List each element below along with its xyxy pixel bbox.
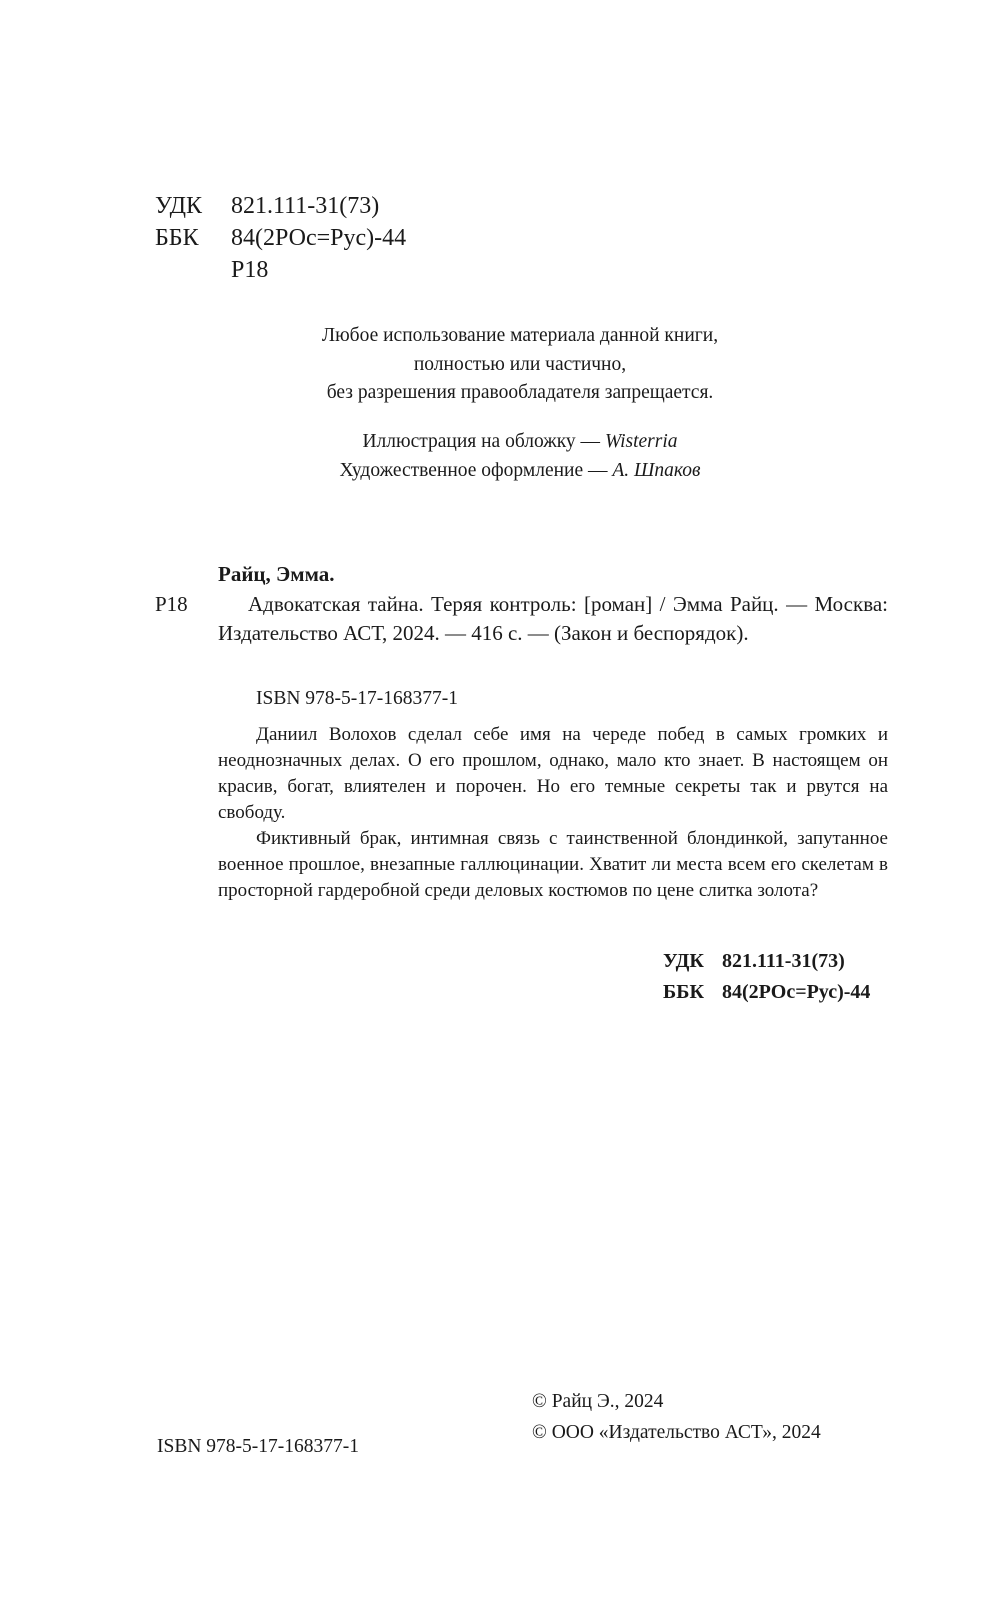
bbk-label: ББК bbox=[155, 222, 231, 254]
copyright-publisher: © ООО «Издательство АСТ», 2024 bbox=[532, 1417, 821, 1448]
udk-value: 821.111-31(73) bbox=[231, 190, 379, 222]
isbn-record: ISBN 978-5-17-168377-1 bbox=[256, 688, 458, 710]
design-credit: Художественное оформление — А. Шпаков bbox=[230, 456, 810, 485]
author-heading: Райц, Эмма. bbox=[218, 560, 888, 590]
classification-codes-bottom: УДК 821.111-31(73) ББК 84(2РОс=Рус)-44 bbox=[663, 946, 870, 1008]
cover-credit: Иллюстрация на обложку — Wisterria bbox=[230, 427, 810, 456]
design-artist: А. Шпаков bbox=[612, 460, 700, 481]
rights-notice: Любое использование материала данной кни… bbox=[230, 322, 810, 408]
udk-row: УДК 821.111-31(73) bbox=[155, 190, 406, 222]
udk-row: УДК 821.111-31(73) bbox=[663, 946, 870, 977]
bbk-row: ББК 84(2РОс=Рус)-44 bbox=[155, 222, 406, 254]
author-mark-row: Р18 bbox=[155, 254, 406, 286]
annotation-paragraph: Фиктивный брак, интимная связь с таинств… bbox=[218, 826, 888, 904]
cover-credit-label: Иллюстрация на обложку — bbox=[362, 431, 600, 452]
rights-notice-line: Любое использование материала данной кни… bbox=[230, 322, 810, 351]
rights-notice-line: без разрешения правообладателя запрещает… bbox=[230, 379, 810, 408]
bbk-value: 84(2РОс=Рус)-44 bbox=[231, 222, 406, 254]
bbk-value: 84(2РОс=Рус)-44 bbox=[722, 977, 870, 1008]
classification-codes-top: УДК 821.111-31(73) ББК 84(2РОс=Рус)-44 Р… bbox=[155, 190, 406, 286]
author-mark: Р18 bbox=[231, 254, 268, 286]
udk-label: УДК bbox=[155, 190, 231, 222]
rights-notice-line: полностью или частично, bbox=[230, 351, 810, 380]
isbn-footer: ISBN 978-5-17-168377-1 bbox=[157, 1436, 359, 1458]
bib-author-mark: Р18 bbox=[155, 590, 188, 620]
annotation-paragraph: Даниил Волохов сделал себе имя на череде… bbox=[218, 722, 888, 826]
udk-value: 821.111-31(73) bbox=[722, 946, 845, 977]
udk-label: УДК bbox=[663, 946, 722, 977]
credits: Иллюстрация на обложку — Wisterria Худож… bbox=[230, 427, 810, 485]
bibliographic-record: Райц, Эмма. Адвокатская тайна. Теряя кон… bbox=[218, 560, 888, 649]
bbk-row: ББК 84(2РОс=Рус)-44 bbox=[663, 977, 870, 1008]
annotation: Даниил Волохов сделал себе имя на череде… bbox=[218, 722, 888, 904]
bib-description: Адвокатская тайна. Теряя контроль: [рома… bbox=[218, 590, 888, 649]
copyright-block: © Райц Э., 2024 © ООО «Издательство АСТ»… bbox=[532, 1386, 821, 1448]
copyright-author: © Райц Э., 2024 bbox=[532, 1386, 821, 1417]
design-credit-label: Художественное оформление — bbox=[340, 460, 608, 481]
bbk-label: ББК bbox=[663, 977, 722, 1008]
cover-artist: Wisterria bbox=[605, 431, 678, 452]
